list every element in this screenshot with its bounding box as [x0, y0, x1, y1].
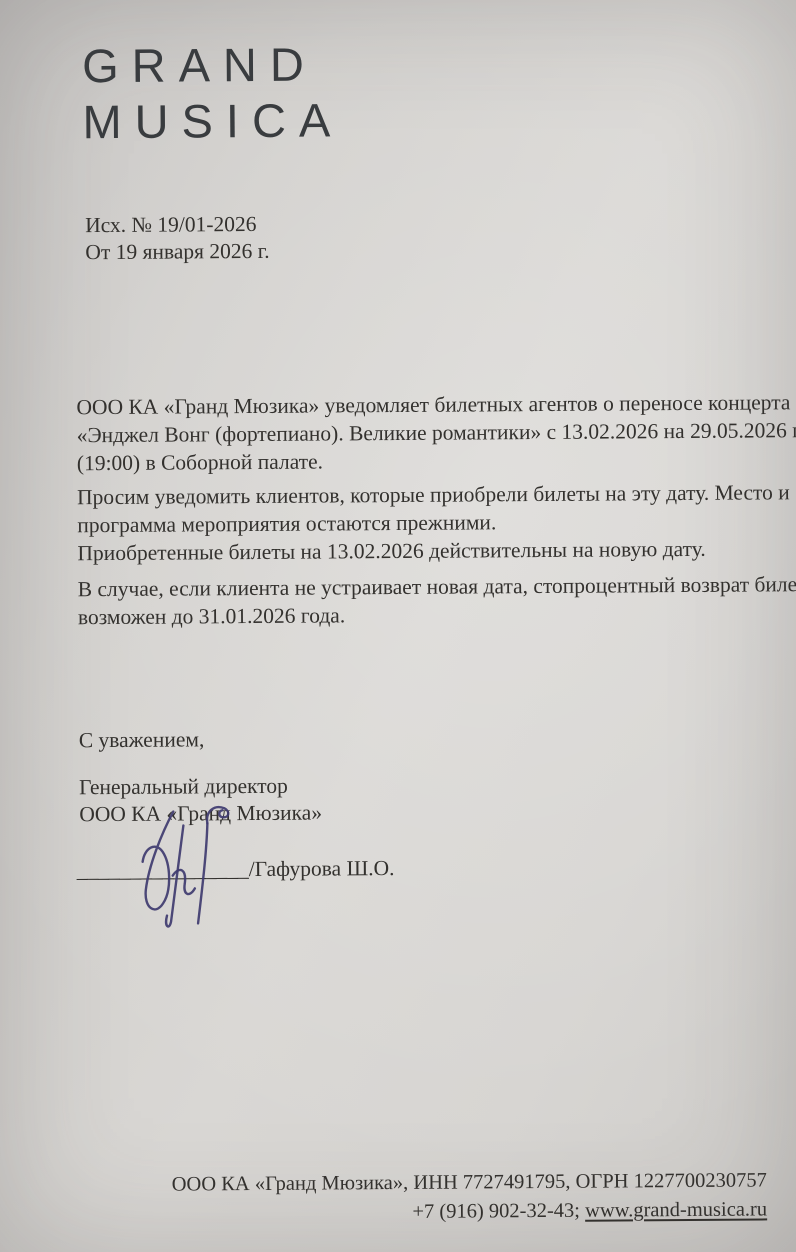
outgoing-number: Исх. № 19/01-2026: [85, 211, 269, 239]
text-line: Приобретенные билеты на 13.02.2026 дейст…: [77, 534, 790, 567]
reference-block: Исх. № 19/01-2026 От 19 января 2026 г.: [85, 211, 270, 266]
text-line: (19:00) в Соборной палате.: [77, 444, 796, 477]
signer-name: /Гафурова Ш.О.: [249, 856, 395, 881]
letter-content: GRAND MUSICA Исх. № 19/01-2026 От 19 янв…: [0, 0, 796, 1252]
letter-date: От 19 января 2026 г.: [85, 238, 269, 266]
logo-line-2: MUSICA: [82, 92, 343, 150]
signer-title: Генеральный директор: [79, 773, 322, 802]
signature-ink: [129, 803, 245, 936]
text-line: возможен до 31.01.2026 года.: [78, 598, 796, 631]
text-line: «Энджел Вонг (фортепиано). Великие роман…: [77, 416, 796, 449]
company-logo: GRAND MUSICA: [82, 36, 344, 150]
footer-company-info: ООО КА «Гранд Мюзика», ИНН 7727491795, О…: [172, 1166, 767, 1199]
letter-page: GRAND MUSICA Исх. № 19/01-2026 От 19 янв…: [0, 0, 796, 1252]
footer-contacts: +7 (916) 902-32-43; www.grand-musica.ru: [172, 1195, 767, 1228]
salutation: С уважением,: [79, 727, 205, 753]
text-line: В случае, если клиента не устраивает нов…: [78, 570, 796, 603]
text-line: Просим уведомить клиентов, которые приоб…: [77, 478, 790, 511]
logo-line-1: GRAND: [82, 36, 343, 94]
footer-phone: +7 (916) 902-32-43;: [412, 1200, 585, 1223]
paragraph-1: ООО КА «Гранд Мюзика» уведомляет билетны…: [76, 388, 796, 477]
paragraph-3: В случае, если клиента не устраивает нов…: [78, 570, 796, 631]
footer-website: www.grand-musica.ru: [585, 1198, 767, 1221]
footer-requisites: ООО КА «Гранд Мюзика», ИНН 7727491795, О…: [172, 1166, 768, 1228]
paragraph-2: Просим уведомить клиентов, которые приоб…: [77, 478, 790, 567]
